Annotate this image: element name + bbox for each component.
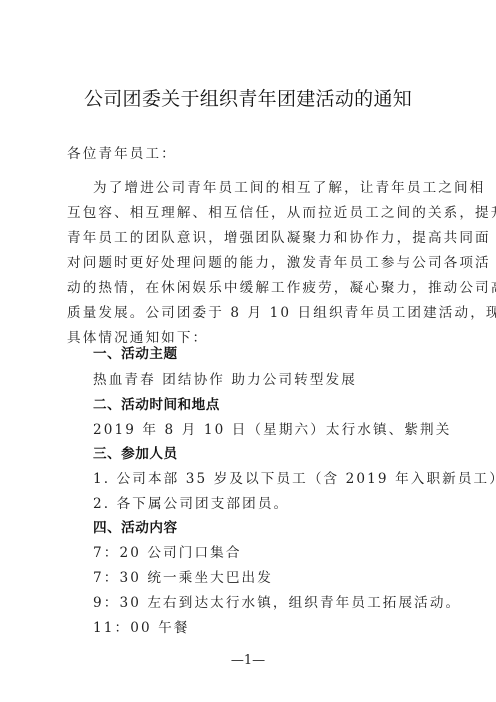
section-heading-content: 四、活动内容 [93,518,178,538]
intro-line: 互包容、相互理解、相互信任，从而拉近员工之间的关系，提升 [67,203,496,223]
section-heading-theme: 一、活动主题 [93,344,178,364]
intro-line: 青年员工的团队意识，增强团队凝聚力和协作力，提高共同面 [67,228,491,248]
document-title: 公司团委关于组织青年团建活动的通知 [0,86,496,112]
intro-line: 质量发展。公司团委于 8 月 10 日组织青年员工团建活动，现将 [67,303,496,323]
section-line: 2. 各下属公司团支部团员。 [93,494,289,514]
schedule-item: 7：20 公司门口集合 [93,543,242,563]
schedule-item: 11：00 午餐 [93,618,190,638]
section-line: 2019 年 8 月 10 日（星期六）太行水镇、紫荆关 [93,420,451,440]
section-heading-time-place: 二、活动时间和地点 [93,395,220,415]
section-heading-participants: 三、参加人员 [93,444,178,464]
page-number: —1— [0,653,496,668]
salutation: 各位青年员工： [67,144,177,164]
intro-line: 对问题时更好处理问题的能力，激发青年员工参与公司各项活 [67,253,491,273]
intro-line: 动的热情，在休闲娱乐中缓解工作疲劳，凝心聚力，推动公司高 [67,278,496,298]
document-page: 公司团委关于组织青年团建活动的通知 各位青年员工： 为了增进公司青年员工间的相互… [0,0,496,702]
schedule-item: 9：30 左右到达太行水镇，组织青年员工拓展活动。 [93,593,461,613]
schedule-item: 7：30 统一乘坐大巴出发 [93,568,273,588]
section-line: 1. 公司本部 35 岁及以下员工（含 2019 年入职新员工）。 [93,469,496,489]
section-line: 热血青春 团结协作 助力公司转型发展 [93,370,357,390]
intro-line: 为了增进公司青年员工间的相互了解，让青年员工之间相 [93,178,485,198]
